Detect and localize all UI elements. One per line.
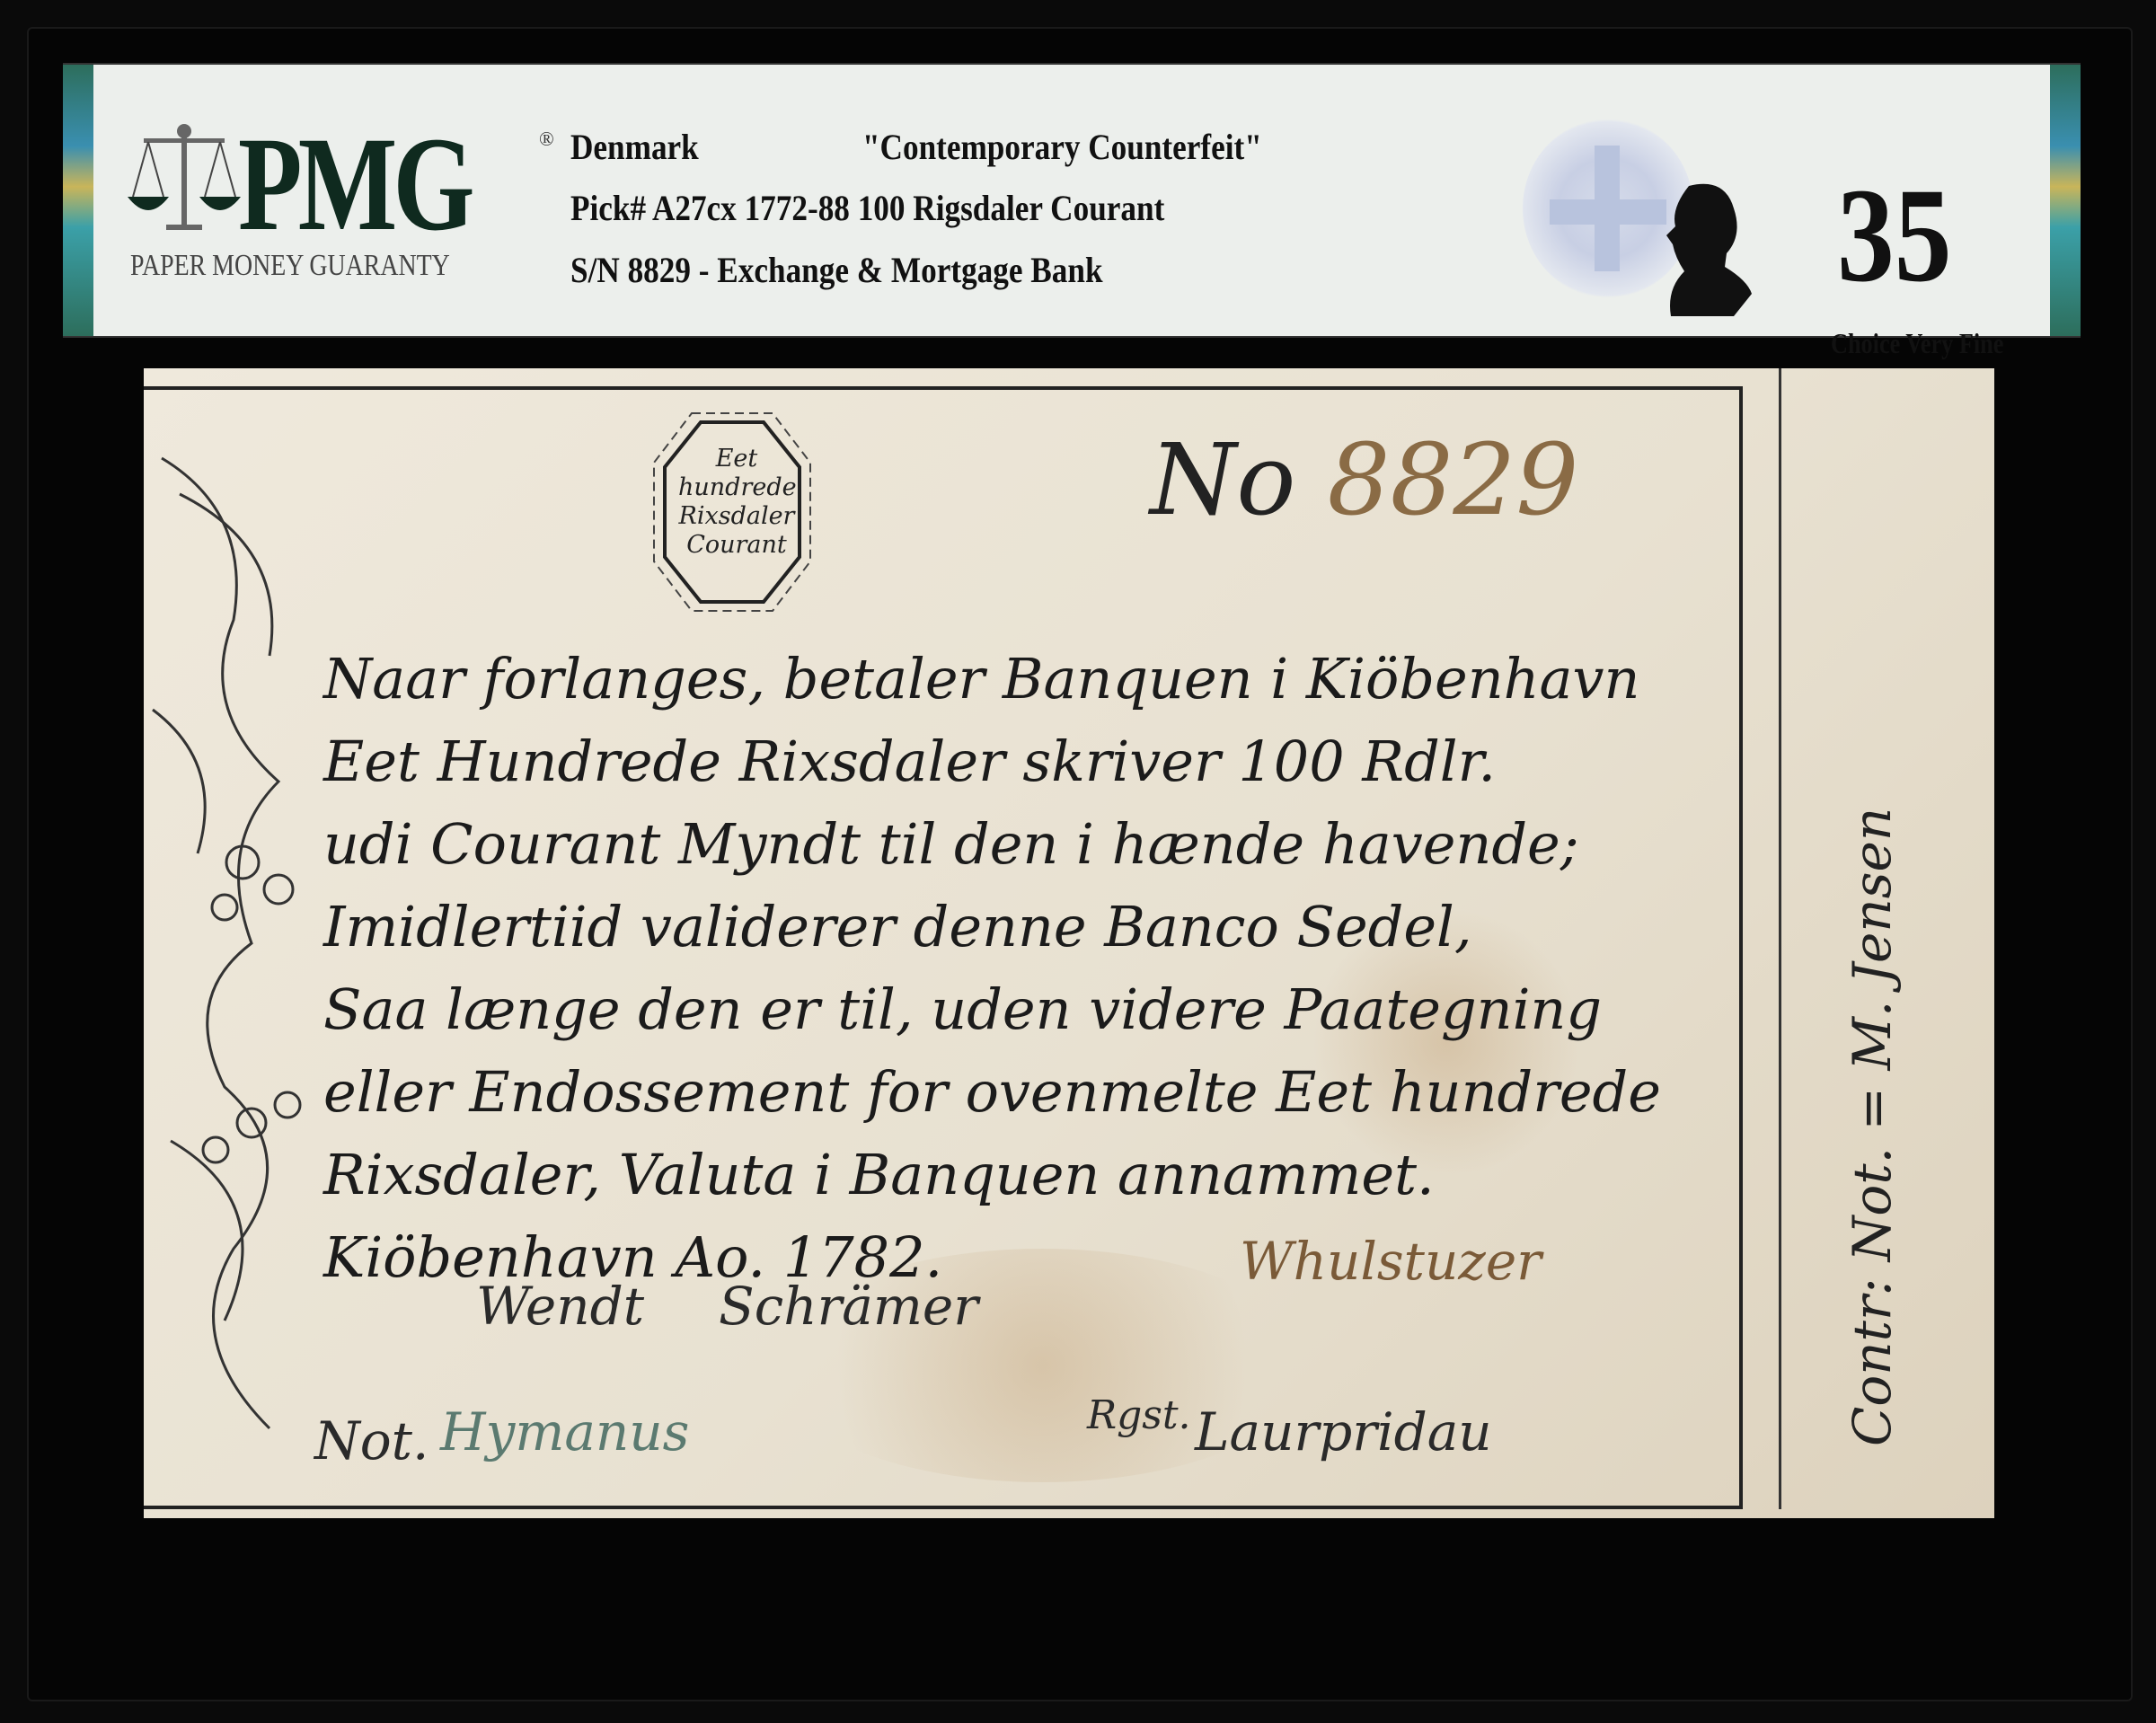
footer-reg-signature: Laurpridau [1195, 1401, 1492, 1462]
brand-subtitle: PAPER MONEY GUARANTY [130, 249, 450, 283]
country: Denmark [570, 126, 699, 168]
grading-label: PMG ® PAPER MONEY GUARANTY Denmark "Cont… [63, 63, 2081, 338]
note-serial: No 8829 [1150, 422, 1578, 537]
registered-mark: ® [539, 128, 554, 151]
signature-1: Wendt [476, 1276, 644, 1337]
designation: "Contemporary Counterfeit" [862, 126, 1262, 168]
note-body-text: Naar forlanges, betaler Banquen i Kiöben… [323, 638, 1661, 1299]
footer-signature: Hymanus [440, 1401, 689, 1462]
cartouche-text: Eet hundrede Rixsdaler Courant [678, 445, 795, 560]
banknote: Eet hundrede Rixsdaler Courant No 8829 N… [144, 368, 1994, 1518]
foliage-ornament-icon [144, 440, 350, 1473]
footer-note-label: Not. [314, 1410, 429, 1471]
balance-scale-icon [126, 120, 243, 237]
signature-2: Schrämer [719, 1276, 978, 1337]
silhouette-portrait-icon [1662, 181, 1752, 316]
side-control-text: Contr: Not. = M. Jensen [1842, 808, 1903, 1446]
note-side-rule [1779, 368, 1781, 1509]
hologram-strip-left [63, 65, 93, 336]
brand-logo: PMG [238, 117, 471, 252]
hologram-strip-right [2050, 65, 2081, 336]
signature-3: Whulstuzer [1240, 1231, 1542, 1292]
serial-line: S/N 8829 - Exchange & Mortgage Bank [570, 249, 1103, 291]
footer-reg-label: Rgst. [1087, 1392, 1191, 1438]
grade-description: Choice Very Fine [1831, 327, 2003, 360]
grade-number: 35 [1837, 168, 1952, 303]
pick-line: Pick# A27cx 1772-88 100 Rigsdaler Couran… [570, 187, 1164, 229]
